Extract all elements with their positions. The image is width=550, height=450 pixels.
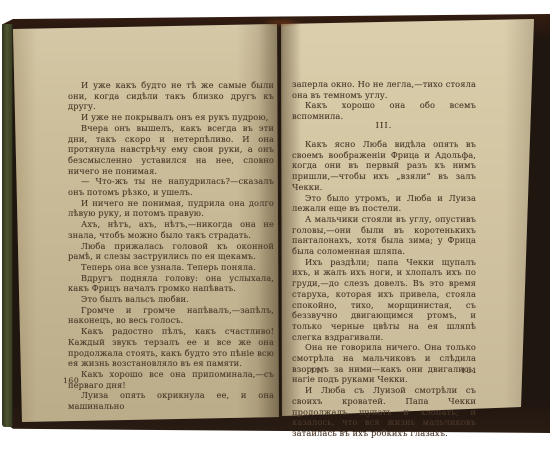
paragraph: Какъ радостно пѣлъ, какъ счастливо! Кажд… [68, 326, 274, 369]
paragraph: Вчера онъ вышелъ, какъ всегда въ эти дни… [68, 123, 274, 177]
paragraph: Это былъ вальсъ любви. [68, 294, 274, 305]
paragraph: Ахъ, нѣтъ, ахъ, нѣтъ,—никогда она не зна… [68, 219, 274, 240]
paragraph: Вдругъ подняла голову: она услыхала, как… [68, 273, 274, 294]
right-page-text-main: Какъ ясно Люба видѣла опять въ своемъ во… [292, 139, 476, 439]
left-page-text: И уже какъ будто не тѣ же самые были они… [68, 80, 274, 412]
paragraph: Какъ хорошо все она припоминала,—съ перв… [68, 369, 274, 390]
paragraph: Луиза опять окрикнула ее, и она машиналь… [68, 390, 274, 411]
paragraph: Какъ хорошо она обо всемъ вспомнила. [292, 100, 476, 121]
paragraph: Какъ ясно Люба видѣла опять въ своемъ во… [292, 139, 476, 193]
chapter-heading: III. [292, 121, 476, 131]
book-photo: И уже какъ будто не тѣ же самые были они… [0, 0, 550, 450]
paragraph: И уже какъ будто не тѣ же самые были они… [68, 80, 274, 112]
paragraph: И Люба съ Луизой смотрѣли съ своихъ кров… [292, 385, 476, 439]
paragraph: А мальчики стояли въ углу, опустивъ голо… [292, 214, 476, 257]
paragraph: Она не говорила ничего. Она только смотр… [292, 342, 476, 385]
paragraph: И уже не покрывалъ онъ ея рукъ пудрою, [68, 112, 274, 123]
right-page-number: 161 [461, 366, 477, 375]
paragraph: Люба прижалась головой къ оконной рамѣ, … [68, 241, 274, 262]
paragraph: заперла окно. Но не легла,—тихо стояла о… [292, 79, 476, 100]
paragraph: Это было утромъ, и Люба и Луиза лежали е… [292, 193, 476, 214]
paragraph: Теперь она все узнала. Теперь поняла. [68, 262, 274, 273]
book-spine-cloth [2, 24, 13, 427]
paragraph: Громче и громче напѣвалъ,—запѣлъ, наконе… [68, 305, 274, 326]
right-page-text-top: заперла окно. Но не легла,—тихо стояла о… [292, 79, 476, 122]
paragraph: И ничего не понимая, пудрила она долго л… [68, 198, 274, 219]
paragraph: — Что-жъ ты не напудрилась?—сказалъ онъ … [68, 176, 274, 197]
paragraph: Ихъ раздѣли; папа Чекки щупалъ ихъ, и жа… [292, 257, 476, 343]
signature-mark: 11. [310, 366, 324, 375]
left-page-number: 160 [63, 376, 79, 385]
